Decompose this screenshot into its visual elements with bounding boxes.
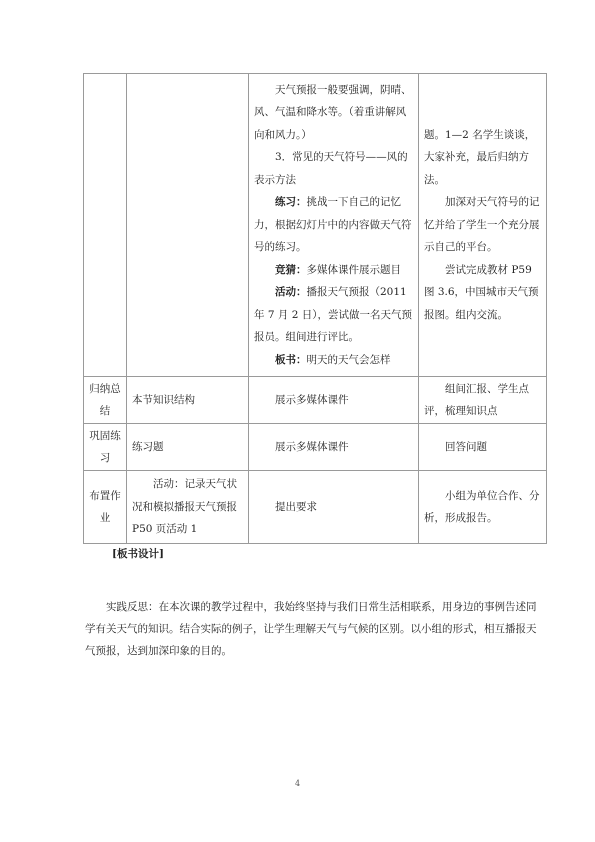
stage-cell: 布置作业	[84, 471, 127, 544]
student-activity-cell: 回答问题	[419, 424, 547, 471]
content-cell	[127, 74, 249, 377]
text: 明天的天气会怎样	[307, 354, 391, 366]
student-activity-cell: 题。1—2 名学生谈谈，大家补充，最后归纳方法。 加深对天气符号的记忆并给了学生…	[419, 74, 547, 377]
document-page: 天气预报一般要强调，阴晴、风、气温和降水等。（着重讲解风向和风力。） 3．常见的…	[0, 0, 595, 842]
stage-cell: 归纳总结	[84, 377, 127, 424]
teacher-activity-cell: 提出要求	[249, 471, 419, 544]
teacher-activity-cell: 展示多媒体课件	[249, 377, 419, 424]
paragraph: 活动：播报天气预报（2011 年 7 月 2 日），尝试做一名天气预报员。组间进…	[254, 281, 413, 349]
paragraph: 板书：明天的天气会怎样	[254, 349, 413, 372]
stage-cell	[84, 74, 127, 377]
content-cell: 活动：记录天气状况和模拟播报天气预报 P50 页活动 1	[127, 471, 249, 544]
paragraph: 练习：挑战一下自己的记忆力，根据幻灯片中的内容做天气符号的练习。	[254, 191, 413, 259]
student-activity-cell: 小组为单位合作、分析，形成报告。	[419, 471, 547, 544]
stage-cell: 巩固练习	[84, 424, 127, 471]
paragraph: 竞猜：多媒体课件展示题目	[254, 259, 413, 282]
teacher-activity-cell: 展示多媒体课件	[249, 424, 419, 471]
paragraph: 3．常见的天气符号——风的表示方法	[254, 146, 413, 191]
label-exercise: 练习：	[275, 196, 307, 208]
lesson-plan-table: 天气预报一般要强调，阴晴、风、气温和降水等。（着重讲解风向和风力。） 3．常见的…	[83, 73, 547, 544]
label-activity: 活动：	[275, 286, 307, 298]
content-cell: 本节知识结构	[127, 377, 249, 424]
text: 多媒体课件展示题目	[307, 264, 402, 276]
paragraph: 天气预报一般要强调，阴晴、风、气温和降水等。（着重讲解风向和风力。）	[254, 79, 413, 147]
student-activity-cell: 组间汇报、学生点评，梳理知识点	[419, 377, 547, 424]
reflection-paragraph: 实践反思：在本次课的教学过程中，我始终坚持与我们日常生活相联系，用身边的事例告述…	[85, 596, 545, 662]
page-number: 4	[0, 779, 595, 788]
table-row: 归纳总结 本节知识结构 展示多媒体课件 组间汇报、学生点评，梳理知识点	[84, 377, 547, 424]
table-row: 布置作业 活动：记录天气状况和模拟播报天气预报 P50 页活动 1 提出要求 小…	[84, 471, 547, 544]
paragraph: 加深对天气符号的记忆并给了学生一个充分展示自己的平台。	[424, 191, 541, 259]
table-row: 天气预报一般要强调，阴晴、风、气温和降水等。（着重讲解风向和风力。） 3．常见的…	[84, 74, 547, 377]
label-quiz: 竞猜：	[275, 264, 307, 276]
table-row: 巩固练习 练习题 展示多媒体课件 回答问题	[84, 424, 547, 471]
label-board: 板书：	[275, 354, 307, 366]
paragraph: 题。1—2 名学生谈谈，大家补充，最后归纳方法。	[424, 124, 541, 192]
board-design-heading: [板书设计]	[112, 546, 164, 561]
content-cell: 练习题	[127, 424, 249, 471]
teacher-activity-cell: 天气预报一般要强调，阴晴、风、气温和降水等。（着重讲解风向和风力。） 3．常见的…	[249, 74, 419, 377]
paragraph: 尝试完成教材 P59 图 3.6，中国城市天气预报图。组内交流。	[424, 259, 541, 327]
